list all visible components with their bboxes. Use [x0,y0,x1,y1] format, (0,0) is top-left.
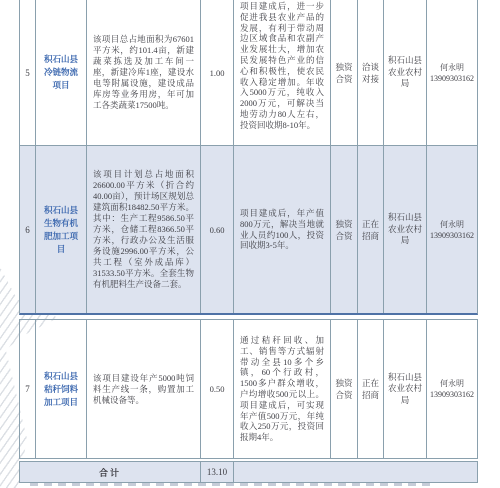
benefit-analysis-cell: 项目建成后，年产值800万元，解决当地就业人员约100人，投资回收期3-5年。 [234,146,331,313]
contact-name: 何永明 [440,62,464,73]
responsible-unit-cell: 积石山县农业农村局 [384,320,427,458]
benefit-analysis-text: 项目建成后，年产值800万元，解决当地就业人员约100人，投资回收期3-5年。 [240,208,324,251]
contact-cell: 何永明 13909303162 [427,146,477,313]
investment-amount-cell: 0.60 [201,146,234,313]
progress-status-cell: 洽谈对接 [358,0,384,145]
row-number-cell: 5 [20,0,36,145]
total-investment-cell: 13.10 [201,462,234,482]
row-number-cell: 7 [20,320,36,458]
contact-cell: 何永明 13909303162 [427,0,477,145]
progress-status-cell: 正在招商 [358,320,384,458]
total-label-cell: 合计 [20,462,201,482]
responsible-unit-cell: 积石山县农业农村局 [384,146,427,313]
investment-amount-cell: 0.50 [201,320,234,458]
project-description-text: 该项目总占地面积为67601平方米，约101.4亩，新建蔬菜拣选及加工车间一座，… [93,34,194,111]
cooperation-method-cell: 独资合资 [331,0,358,145]
project-name-cell: 积石山县生物有机肥加工项目 [36,146,87,313]
investment-amount-cell: 1.00 [201,0,234,145]
project-name-cell: 积石山县冷链物流项目 [36,0,87,145]
table-row: 6 积石山县生物有机肥加工项目 该项目计划总占地面积26600.00平方米（折合… [19,146,478,315]
project-description-cell: 该项目建设年产5000吨饲料生产线一条，购置加工机械设备等。 [87,320,201,458]
scanned-document-page: 5 积石山县冷链物流项目 该项目总占地面积为67601平方米，约101.4亩，新… [0,0,500,488]
row-number-cell: 6 [20,146,36,313]
total-empty-cell [234,462,477,482]
contact-cell: 何永明 13909303162 [427,320,477,458]
contact-name: 何永明 [440,219,464,230]
table-row: 5 积石山县冷链物流项目 该项目总占地面积为67601平方米，约101.4亩，新… [19,0,478,146]
contact-phone: 13909303162 [430,389,474,400]
contact-phone: 13909303162 [430,230,474,241]
responsible-unit-cell: 积石山县农业农村局 [384,0,427,145]
page-bottom-dashed-edge [30,483,430,486]
project-name-cell: 积石山县秸秆饲料加工项目 [36,320,87,458]
cooperation-method-cell: 独资合资 [331,320,358,458]
project-description-text: 该项目建设年产5000吨饲料生产线一条，购置加工机械设备等。 [93,373,194,406]
table-total-row: 合计 13.10 [19,461,478,483]
cooperation-method-cell: 独资合资 [331,146,358,313]
benefit-analysis-cell: 项目建成后，进一步促进我县农业产品的发展，有利于带动周边区域食品和农副产业发展壮… [234,0,331,145]
project-description-cell: 该项目计划总占地面积26600.00平方米（折合约40.00亩），预计场区规划总… [87,146,201,313]
contact-name: 何永明 [440,378,464,389]
benefit-analysis-cell: 通过秸秆回收、加工、销售等方式辐射带动全县10多个乡镇，60个行政村，1500多… [234,320,331,458]
contact-phone: 13909303162 [430,73,474,84]
table-row: 7 积石山县秸秆饲料加工项目 该项目建设年产5000吨饲料生产线一条，购置加工机… [19,319,478,459]
project-description-text: 该项目计划总占地面积26600.00平方米（折合约40.00亩），预计场区规划总… [93,169,194,290]
progress-status-cell: 正在招商 [358,146,384,313]
project-description-cell: 该项目总占地面积为67601平方米，约101.4亩，新建蔬菜拣选及加工车间一座，… [87,0,201,145]
benefit-analysis-text: 通过秸秆回收、加工、销售等方式辐射带动全县10多个乡镇，60个行政村，1500多… [240,335,324,443]
benefit-analysis-text: 项目建成后，进一步促进我县农业产品的发展，有利于带动周边区域食品和农副产业发展壮… [240,1,324,131]
